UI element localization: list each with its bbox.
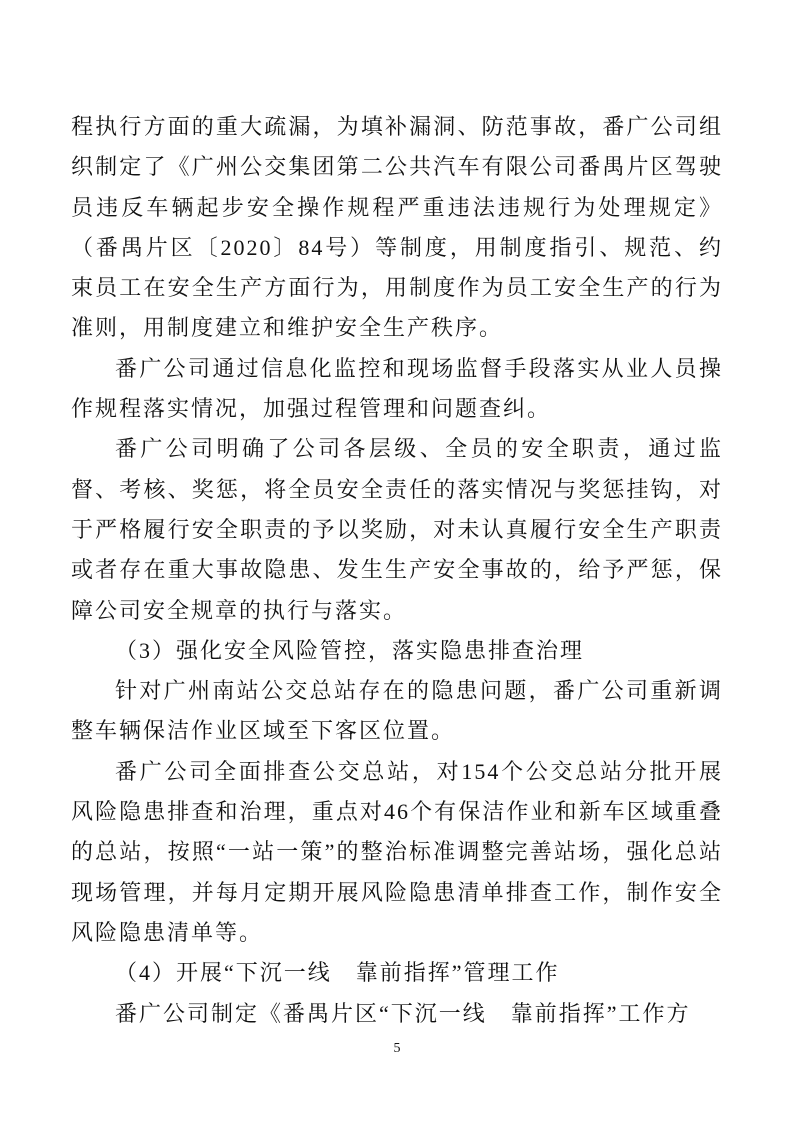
paragraph: 番广公司通过信息化监控和现场监督手段落实从业人员操作规程落实情况，加强过程管理和…: [71, 349, 723, 430]
paragraph: 程执行方面的重大疏漏，为填补漏洞、防范事故，番广公司组织制定了《广州公交集团第二…: [71, 107, 723, 349]
page-number: 5: [0, 1040, 794, 1058]
paragraph: 番广公司全面排查公交总站，对154个公交总站分批开展风险隐患排查和治理，重点对4…: [71, 752, 723, 953]
paragraph: 针对广州南站公交总站存在的隐患问题，番广公司重新调整车辆保洁作业区域至下客区位置…: [71, 671, 723, 752]
section-heading: （3）强化安全风险管控，落实隐患排查治理: [71, 631, 723, 671]
section-heading: （4）开展“下沉一线 靠前指挥”管理工作: [71, 953, 723, 993]
paragraph: 番广公司制定《番禺片区“下沉一线 靠前指挥”工作方: [71, 994, 723, 1034]
document-page: 程执行方面的重大疏漏，为填补漏洞、防范事故，番广公司组织制定了《广州公交集团第二…: [0, 0, 794, 1123]
text-block: 程执行方面的重大疏漏，为填补漏洞、防范事故，番广公司组织制定了《广州公交集团第二…: [71, 107, 723, 1034]
paragraph: 番广公司明确了公司各层级、全员的安全职责，通过监督、考核、奖惩，将全员安全责任的…: [71, 429, 723, 630]
